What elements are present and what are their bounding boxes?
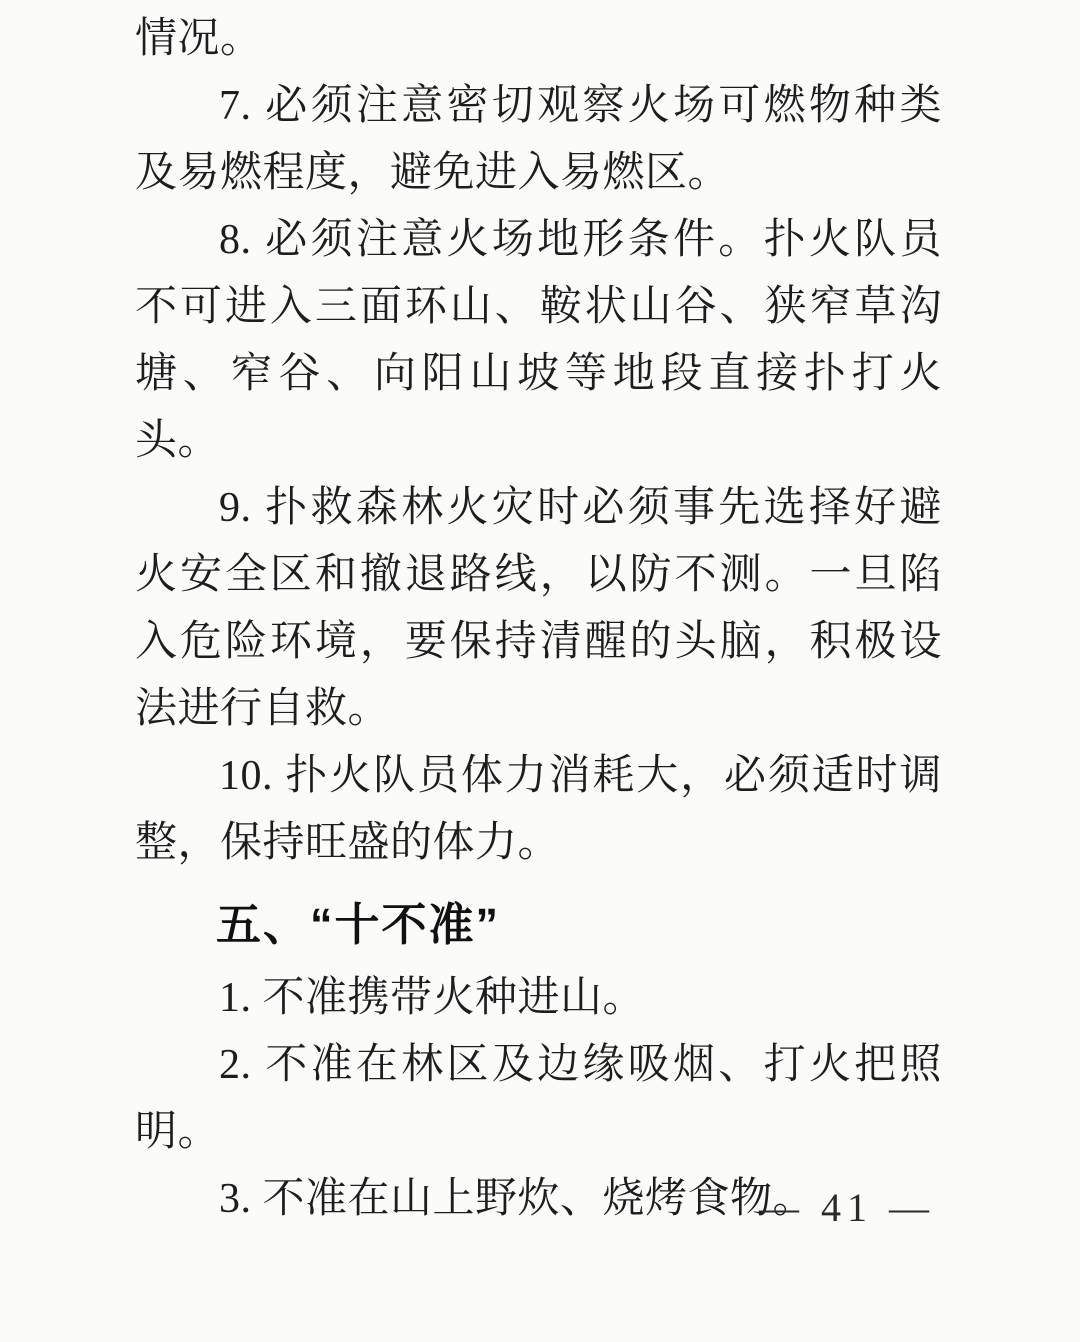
document-body: 情况。 7. 必须注意密切观察火场可燃物种类及易燃程度，避免进入易燃区。 8. … xyxy=(135,6,942,1233)
rule-item-7: 7. 必须注意密切观察火场可燃物种类及易燃程度，避免进入易燃区。 xyxy=(135,73,942,207)
rule-item-9: 9. 扑救森林火灾时必须事先选择好避火安全区和撤退路线，以防不测。一旦陷入危险环… xyxy=(135,475,942,743)
rule-item-10: 10. 扑火队员体力消耗大，必须适时调整，保持旺盛的体力。 xyxy=(135,743,942,877)
paragraph-continuation: 情况。 xyxy=(135,6,942,73)
rule-item-8: 8. 必须注意火场地形条件。扑火队员不可进入三面环山、鞍状山谷、狭窄草沟塘、窄谷… xyxy=(135,207,942,475)
section-heading-ten-prohibitions: 五、“十不准” xyxy=(135,895,942,955)
document-page: 情况。 7. 必须注意密切观察火场可燃物种类及易燃程度，避免进入易燃区。 8. … xyxy=(0,0,1080,1342)
prohibition-item-1: 1. 不准携带火种进山。 xyxy=(135,965,942,1032)
page-number: — 41 — xyxy=(759,1186,935,1230)
prohibition-item-2: 2. 不准在林区及边缘吸烟、打火把照明。 xyxy=(135,1032,942,1166)
